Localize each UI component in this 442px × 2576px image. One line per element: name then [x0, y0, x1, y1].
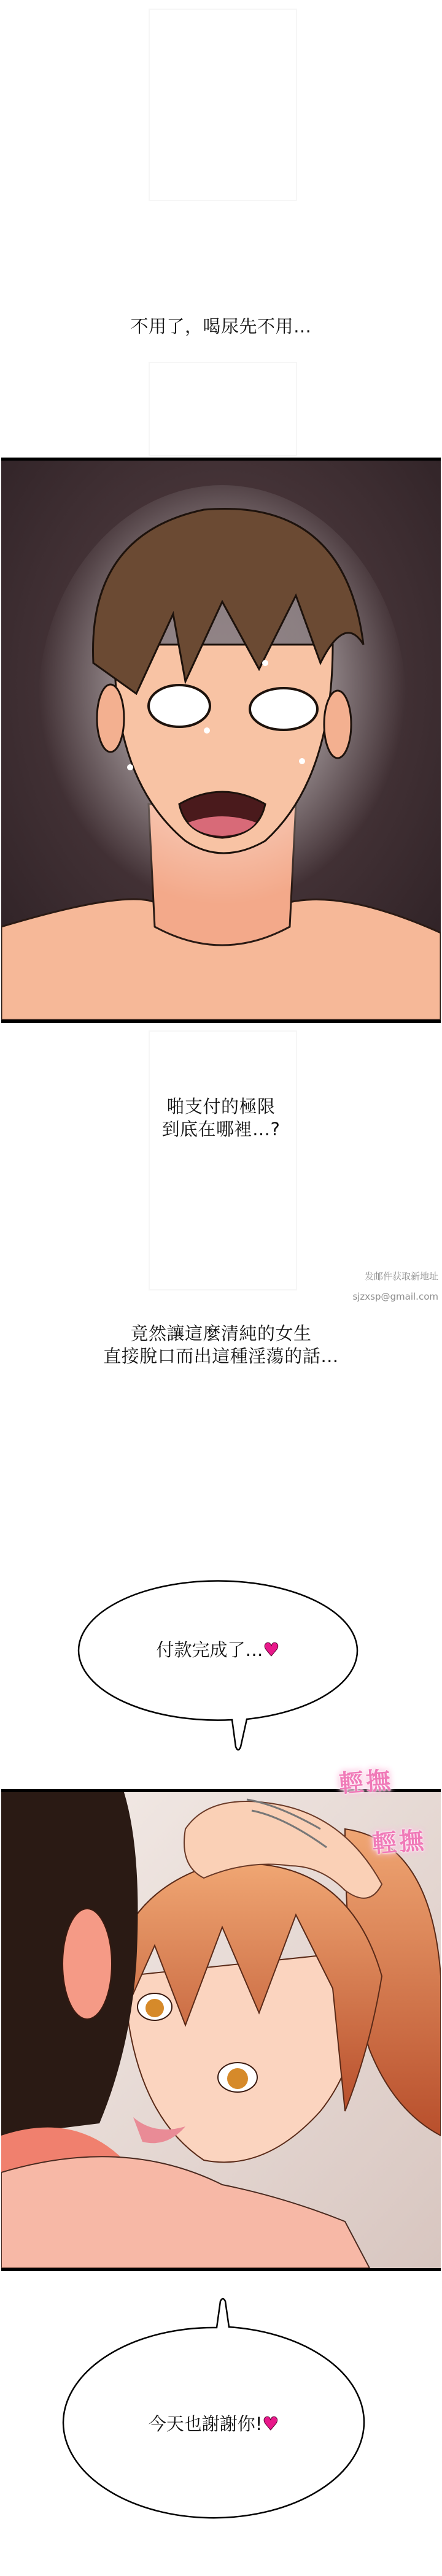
speech-bubble-1: 付款完成了…♥ [74, 1576, 362, 1751]
girl-headpat-illustration [1, 1792, 441, 2268]
sfx-text-1: 輕撫 [338, 1761, 394, 1800]
comic-panel-1 [1, 458, 441, 1023]
speech-bubble-2: 今天也謝謝你!♥ [60, 2295, 367, 2522]
ghost-watermark [149, 9, 297, 201]
narration-block-2: 啪支付的極限 到底在哪裡…? [0, 1095, 442, 1141]
comic-panel-2 [1, 1789, 441, 2271]
narration-line: 啪支付的極限 [0, 1095, 442, 1118]
email-watermark: 发邮件获取新地址 sjzxsp@gmail.com [352, 1271, 438, 1302]
narration-line: 竟然讓這麼清純的女生 [0, 1322, 442, 1345]
watermark-line-1: 发邮件获取新地址 [352, 1271, 438, 1282]
bubble-2-content: 今天也謝謝你!♥ [60, 2410, 367, 2436]
heart-icon: ♥ [262, 2413, 279, 2435]
shocked-boy-illustration [1, 461, 441, 1020]
narration-line: 到底在哪裡…? [0, 1118, 442, 1141]
bubble-2-text: 今天也謝謝你! [149, 2413, 263, 2434]
narration-block-3: 竟然讓這麼清純的女生 直接脫口而出這種淫蕩的話… [0, 1322, 442, 1368]
speech-bubble-shape [60, 2295, 367, 2522]
bubble-1-text: 付款完成了… [157, 1639, 263, 1660]
ghost-watermark [149, 1030, 297, 1290]
heart-icon: ♥ [263, 1639, 280, 1661]
bubble-1-content: 付款完成了…♥ [74, 1636, 362, 1662]
speech-bubble-shape [74, 1576, 362, 1751]
watermark-line-2: sjzxsp@gmail.com [352, 1292, 438, 1302]
sfx-text-2: 輕撫 [371, 1821, 427, 1860]
narration-line: 直接脫口而出這種淫蕩的話… [0, 1345, 442, 1368]
narration-text-1: 不用了，喝尿先不用… [0, 315, 442, 338]
ghost-watermark [149, 362, 297, 456]
